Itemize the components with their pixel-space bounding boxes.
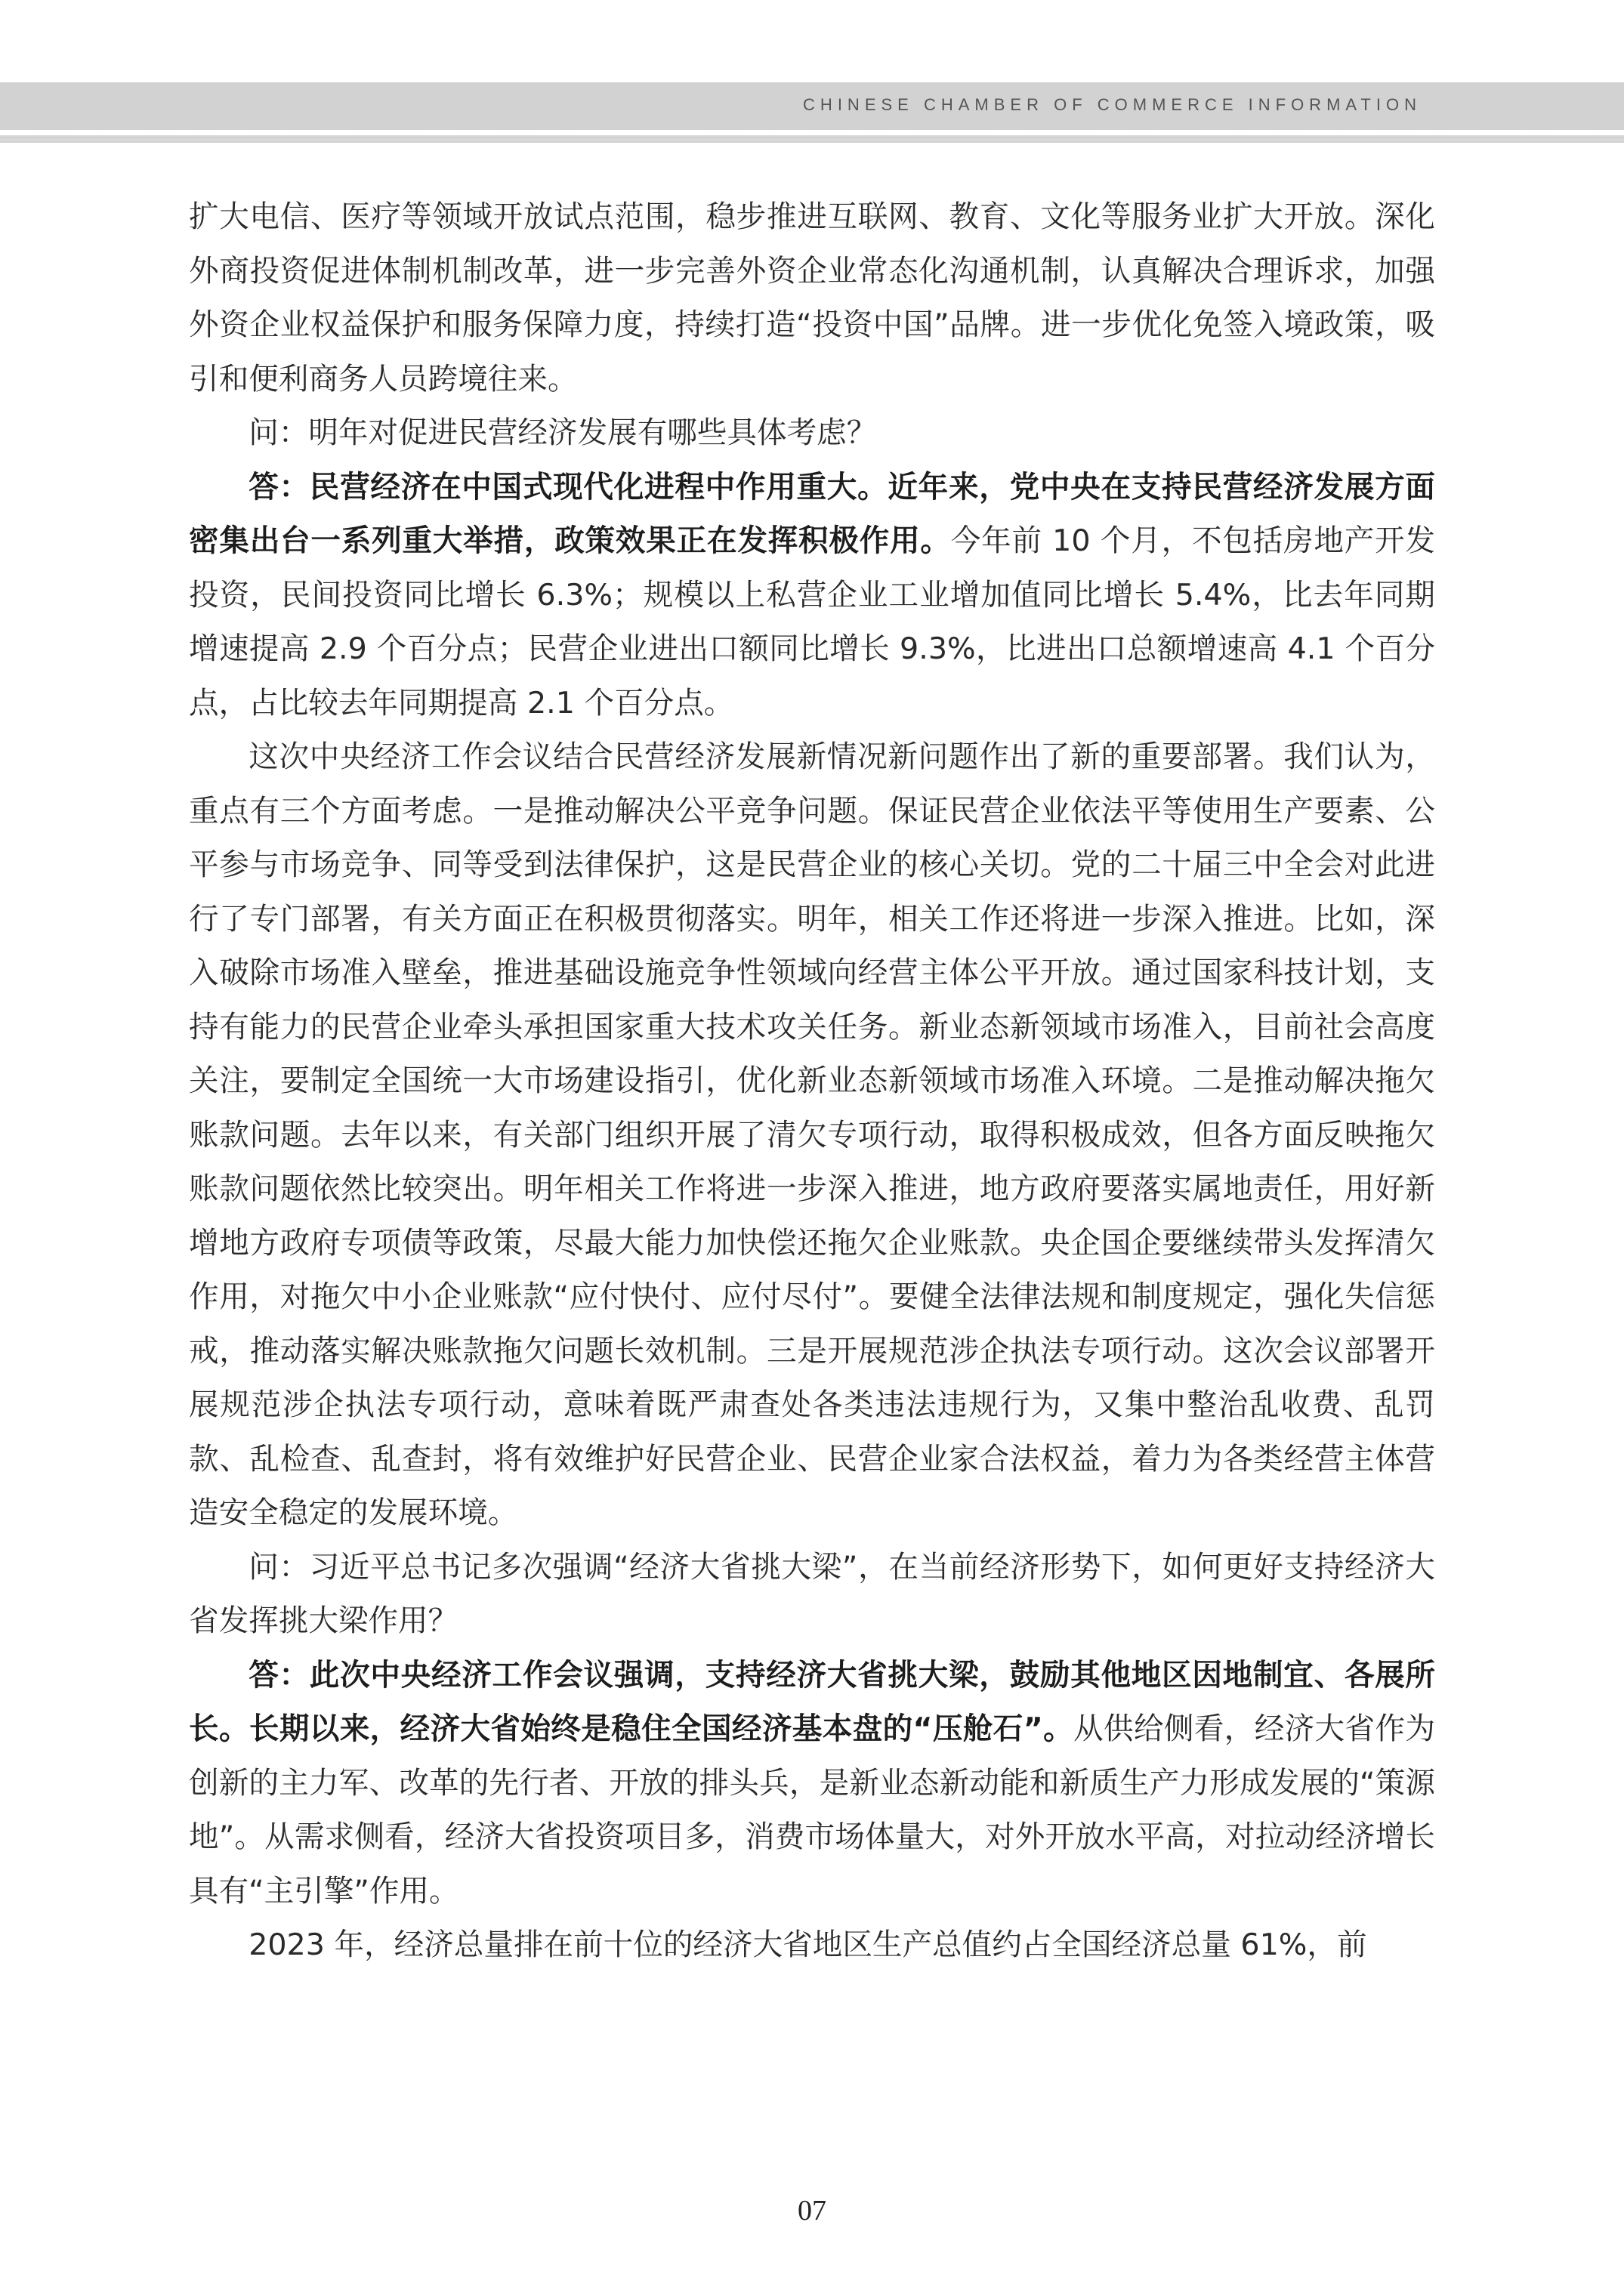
article-body: 扩大电信、医疗等领域开放试点范围，稳步推进互联网、教育、文化等服务业扩大开放。深… — [189, 190, 1435, 1973]
header-divider — [0, 135, 1624, 143]
publication-title: CHINESE CHAMBER OF COMMERCE INFORMATION — [803, 95, 1422, 115]
answer-private-economy: 答：民营经济在中国式现代化进程中作用重大。近年来，党中央在支持民营经济发展方面密… — [189, 461, 1435, 731]
page-number: 07 — [0, 2194, 1624, 2227]
paragraph-2023-gdp: 2023 年，经济总量排在前十位的经济大省地区生产总值约占全国经济总量 61%，… — [189, 1918, 1435, 1973]
question-private-economy: 问：明年对促进民营经济发展有哪些具体考虑？ — [189, 406, 1435, 461]
paragraph-continued: 扩大电信、医疗等领域开放试点范围，稳步推进互联网、教育、文化等服务业扩大开放。深… — [189, 190, 1435, 406]
answer-major-provinces: 答：此次中央经济工作会议强调，支持经济大省挑大梁，鼓励其他地区因地制宜、各展所长… — [189, 1649, 1435, 1919]
question-major-provinces: 问：习近平总书记多次强调“经济大省挑大梁”，在当前经济形势下，如何更好支持经济大… — [189, 1541, 1435, 1649]
paragraph-three-aspects: 这次中央经济工作会议结合民营经济发展新情况新问题作出了新的重要部署。我们认为，重… — [189, 730, 1435, 1541]
